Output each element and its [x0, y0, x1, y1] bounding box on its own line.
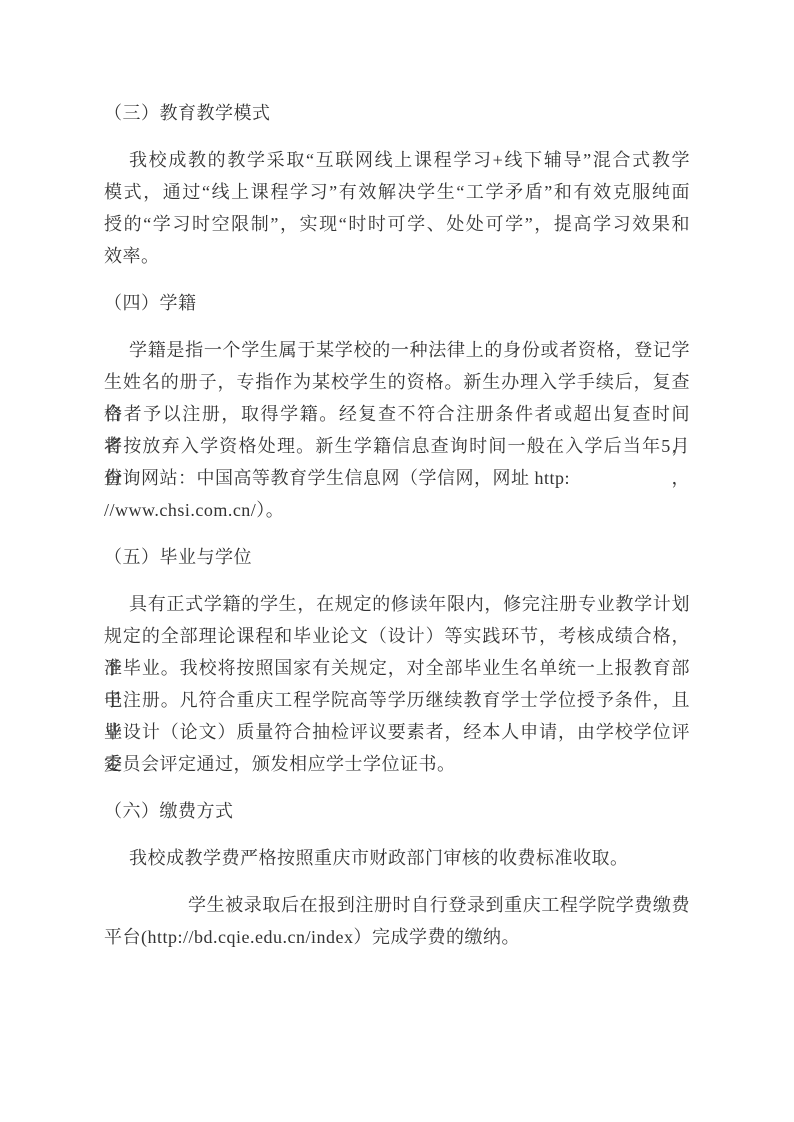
text-line: 委员会评定通过，颁发相应学士学位证书。: [104, 748, 690, 780]
text-line: 效率。: [104, 240, 690, 272]
text-line: 具有正式学籍的学生，在规定的修读年限内，修完注册专业教学计划: [104, 588, 690, 620]
chsi-url-line: //www.chsi.com.cn/）。: [104, 494, 690, 526]
text-line: 予毕业。我校将按照国家有关规定，对全部毕业生名单统一上报教育部电: [104, 652, 690, 684]
text-line: 子注册。凡符合重庆工程学院高等学历继续教育学士学位授予条件，且毕: [104, 684, 690, 716]
text-line: 学籍是指一个学生属于某学校的一种法律上的身份或者资格，登记学: [104, 334, 690, 366]
section-graduation-degree: （五）毕业与学位 具有正式学籍的学生，在规定的修读年限内，修完注册专业教学计划 …: [104, 541, 690, 780]
text-line: 格者予以注册，取得学籍。经复查不符合注册条件者或超出复查时间者，: [104, 398, 690, 430]
text-line: 业设计（论文）质量符合抽检评议要素者，经本人申请，由学校学位评定: [104, 716, 690, 748]
section-student-status: （四）学籍 学籍是指一个学生属于某学校的一种法律上的身份或者资格，登记学 生姓名…: [104, 287, 690, 526]
section-heading: （三）教育教学模式: [104, 97, 690, 129]
text-line: 我校成教的教学采取“互联网线上课程学习+线下辅导”混合式教学: [104, 144, 690, 176]
text-line: 学生被录取后在报到注册时自行登录到重庆工程学院学费缴费: [104, 889, 690, 921]
document-page: （三）教育教学模式 我校成教的教学采取“互联网线上课程学习+线下辅导”混合式教学…: [0, 0, 794, 1122]
section-payment-method: （六）缴费方式 我校成教学费严格按照重庆市财政部门审核的收费标准收取。 学生被录…: [104, 795, 690, 953]
section-heading: （四）学籍: [104, 287, 690, 319]
text-line: 将按放弃入学资格处理。新生学籍信息查询时间一般在入学后当年5月份，: [104, 430, 690, 462]
text-line: 模式，通过“线上课程学习”有效解决学生“工学矛盾”和有效克服纯面: [104, 176, 690, 208]
section-heading: （五）毕业与学位: [104, 541, 690, 573]
text-line: 规定的全部理论课程和毕业论文（设计）等实践环节，考核成绩合格，准: [104, 620, 690, 652]
text-line: 授的“学习时空限制”，实现“时时可学、处处可学”，提高学习效果和: [104, 208, 690, 240]
payment-url-line: 平台(http://bd.cqie.edu.cn/index）完成学费的缴纳。: [104, 921, 690, 953]
text-line: 我校成教学费严格按照重庆市财政部门审核的收费标准收取。: [104, 842, 690, 874]
section-education-teaching-mode: （三）教育教学模式 我校成教的教学采取“互联网线上课程学习+线下辅导”混合式教学…: [104, 97, 690, 272]
text-line: 生姓名的册子，专指作为某校学生的资格。新生办理入学手续后，复查合: [104, 366, 690, 398]
section-heading: （六）缴费方式: [104, 795, 690, 827]
